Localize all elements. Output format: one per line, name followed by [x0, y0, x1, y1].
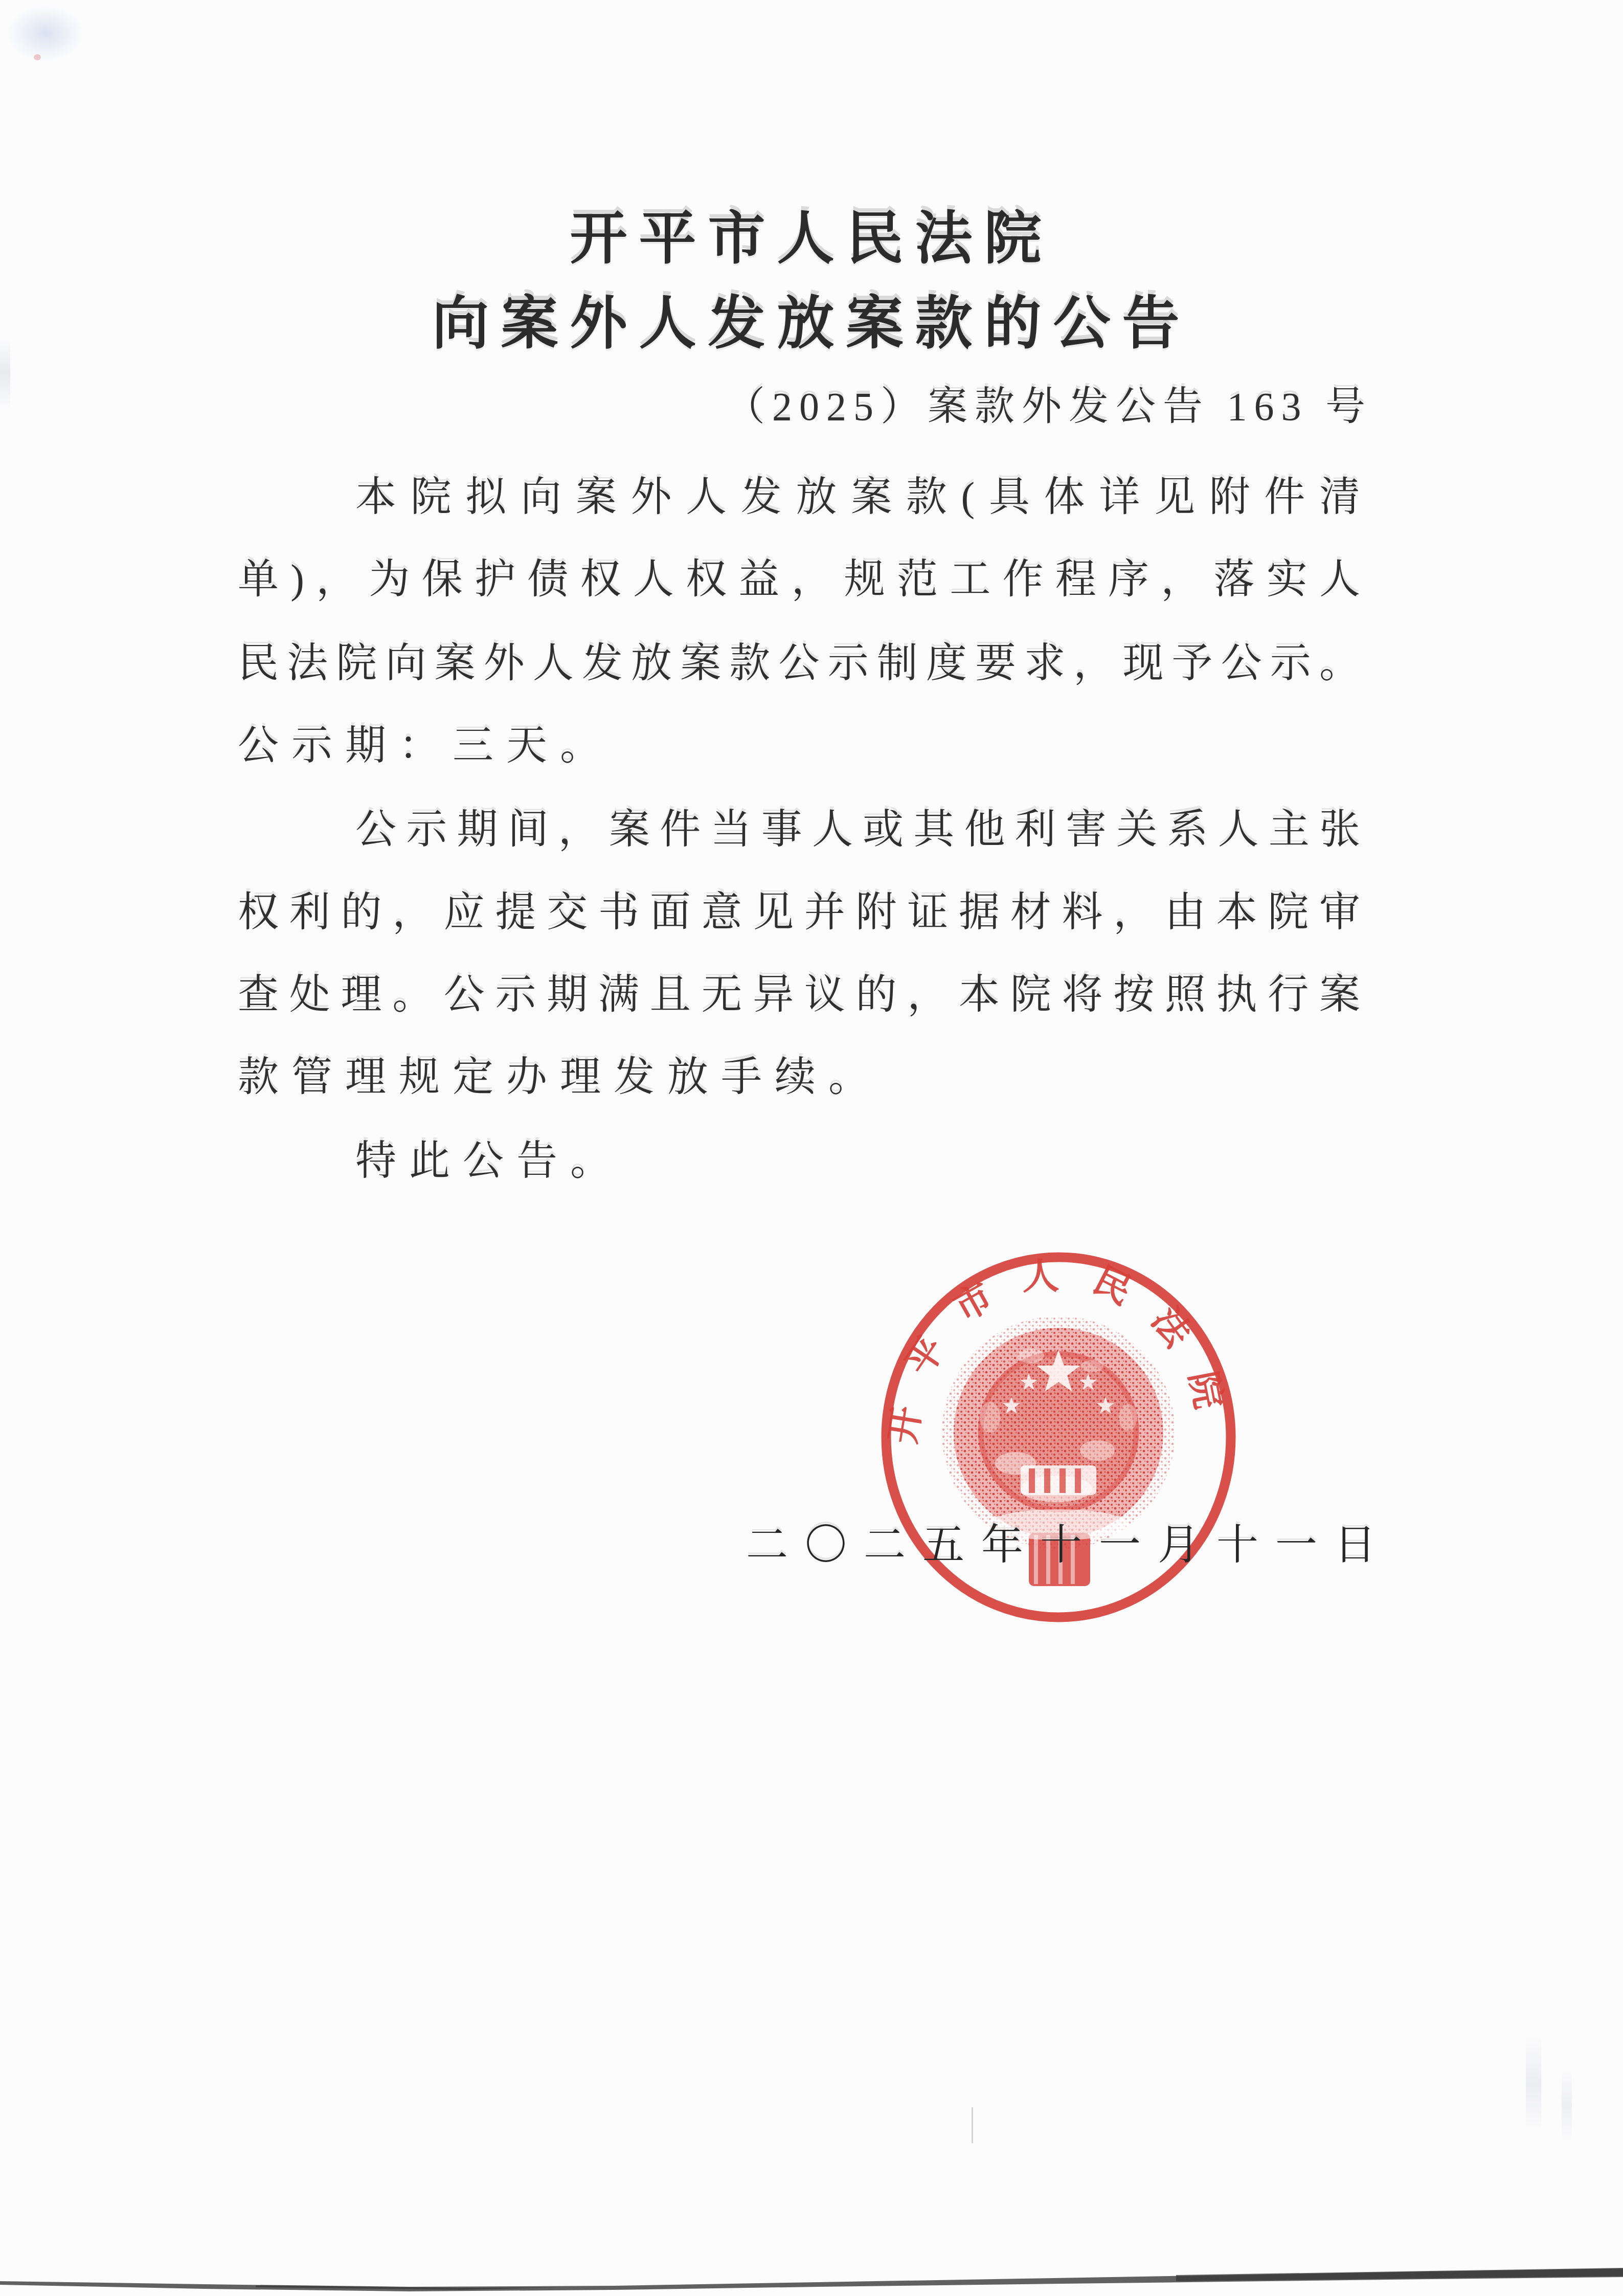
scanned-court-announcement-page: { "page": { "paper_color": "#fcfcfd", "i… [0, 0, 1623, 2296]
scan-dot-pink [34, 54, 41, 60]
page-title-court-name: 开平市人民法院 [0, 207, 1623, 273]
body-line: 公示期间，案件当事人或其他利害关系人主张 [238, 804, 1360, 855]
body-line: 本院拟向案外人发放案款(具体详见附件清 [238, 472, 1360, 523]
issue-date: 二〇二五年十一月十一日 [746, 1522, 1393, 1568]
document-number: （2025）案款外发公告 163 号 [725, 385, 1372, 429]
page-title-announcement: 向案外人发放案款的公告 [0, 292, 1623, 358]
scan-hairline-mark [972, 2107, 973, 2143]
court-seal: 开平市人民法院 [877, 1249, 1239, 1626]
scan-streak-right-2 [1562, 2066, 1572, 2143]
body-line: 民法院向案外人发放案款公示制度要求，现予公示。 [238, 638, 1360, 689]
body-line: 单)，为保护债权人权益，规范工作程序，落实人 [238, 554, 1360, 605]
body-line-closing: 特此公告。 [238, 1135, 1360, 1187]
body-line: 权利的，应提交书面意见并附证据材料，由本院审 [238, 887, 1360, 938]
body-line: 款管理规定办理发放手续。 [238, 1052, 1360, 1103]
body-line: 公示期：三天。 [238, 720, 1360, 771]
body-line: 查处理。公示期满且无异议的，本院将按照执行案 [238, 969, 1360, 1020]
scan-smudge-top-left [7, 5, 84, 61]
scan-edge-line [0, 2261, 1623, 2296]
scan-streak-right-1 [1526, 2035, 1541, 2132]
